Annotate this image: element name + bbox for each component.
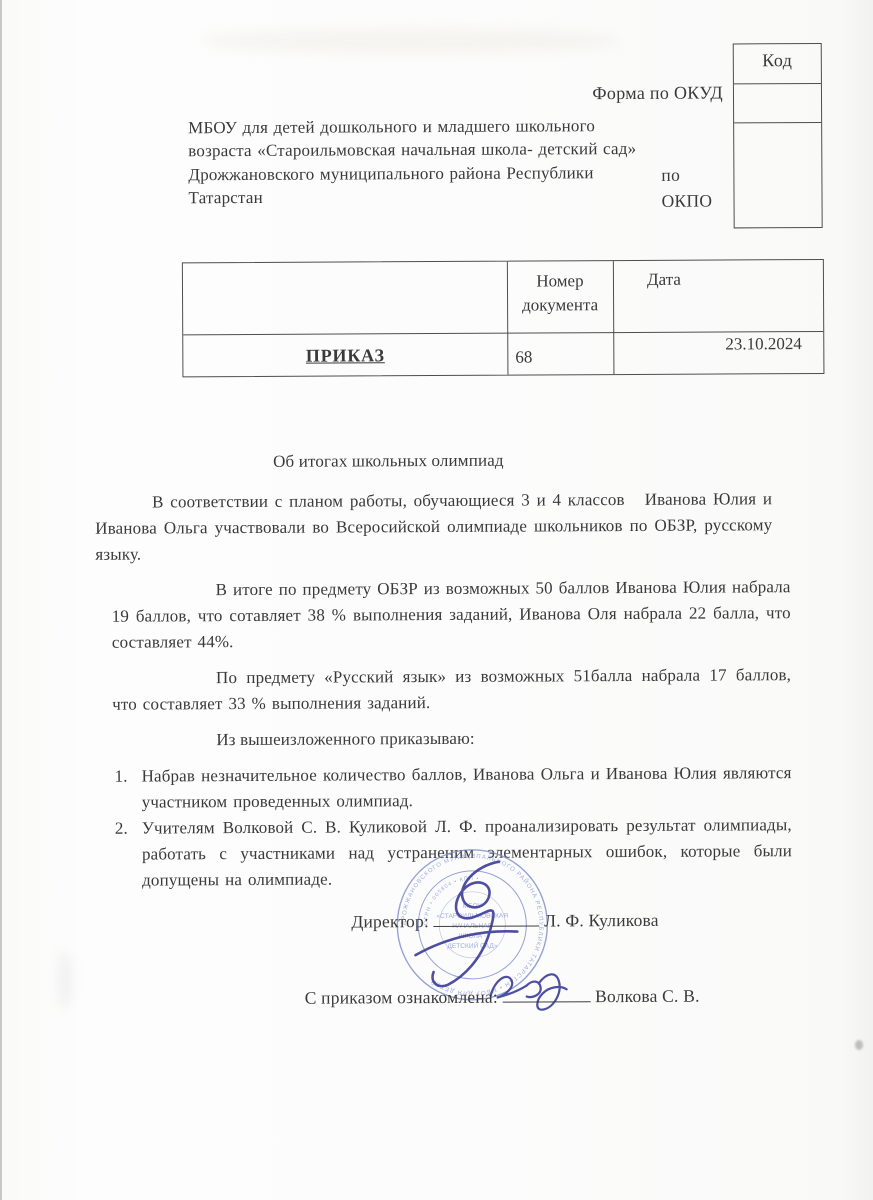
document-date-value: 23.10.2024 (725, 334, 802, 354)
code-box-header: Код (734, 50, 821, 71)
director-signature-row: Директор: Л. Ф. Куликова (351, 901, 659, 933)
body-paragraph: В соответствии с планом работы, обучающи… (95, 486, 772, 568)
acknowledgement-name: Волкова С. В. (595, 986, 700, 1007)
organization-line: возраста «Староильмовская начальная школ… (188, 137, 683, 163)
order-body: Об итогах школьных олимпиад В соответств… (95, 446, 774, 894)
column-header-date: Дата (628, 270, 700, 290)
director-label: Директор: (351, 911, 429, 931)
table-column-divider (613, 261, 615, 374)
list-item: 1. Набрав незначительное количество балл… (114, 760, 791, 816)
page-content: Код Форма по ОКУД по ОКПО МБОУ для детей… (0, 0, 873, 1200)
acknowledgement-row: С приказом ознакомлена: Волкова С. В. (305, 977, 700, 1009)
organization-line: Дрожжановского муниципального района Рес… (188, 161, 683, 187)
acknowledgement-label: С приказом ознакомлена: (305, 987, 498, 1008)
column-header-number: Номер документа (507, 269, 613, 318)
body-paragraph: По предмету «Русский язык» из возможных … (112, 662, 791, 718)
order-title: Об итогах школьных олимпиад (95, 447, 682, 476)
document-number-value: 68 (515, 347, 532, 367)
signature-line (502, 977, 590, 1002)
director-name: Л. Ф. Куликова (544, 910, 659, 931)
organization-name: МБОУ для детей дошкольного и младшего шк… (188, 114, 683, 210)
list-item-number: 2. (115, 816, 142, 842)
list-item-number: 1. (114, 764, 141, 790)
signature-line (433, 901, 539, 927)
okud-code-box: Код (733, 43, 823, 228)
organization-line: Татарстан (188, 184, 683, 210)
order-header-table: Номер документа Дата ПРИКАЗ 68 23.10.202… (182, 259, 825, 377)
organization-line: МБОУ для детей дошкольного и младшего шк… (188, 114, 683, 140)
list-item-text: Набрав незначительное количество баллов,… (141, 760, 791, 815)
order-intro-line: Из вышеизложенного приказываю: (216, 724, 773, 753)
scanned-order-document: Код Форма по ОКУД по ОКПО МБОУ для детей… (0, 0, 873, 1200)
code-box-divider (734, 83, 821, 84)
code-box-divider (734, 122, 821, 123)
okud-form-label: Форма по ОКУД (518, 82, 723, 104)
body-paragraph: В итоге по предмету ОБЗР из возможных 50… (112, 574, 791, 656)
document-type-label: ПРИКАЗ (183, 345, 507, 368)
